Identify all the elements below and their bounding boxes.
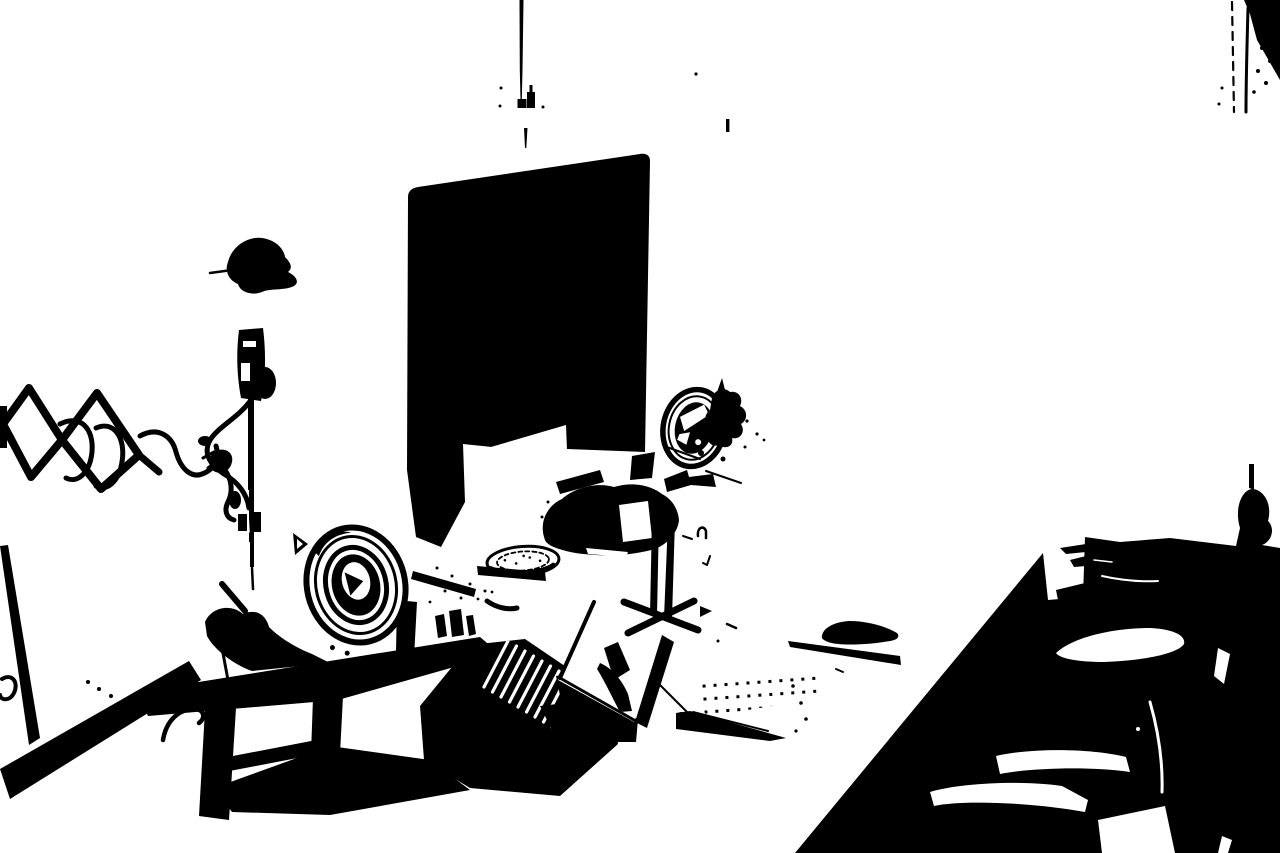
bw-photo-desk-setup: Monochrome desk setup photograph: [0, 0, 1280, 853]
phone-on-desk: [630, 452, 655, 480]
mic-stand-pole: [248, 398, 254, 490]
photo-canvas: Monochrome desk setup photograph: [0, 0, 1280, 853]
